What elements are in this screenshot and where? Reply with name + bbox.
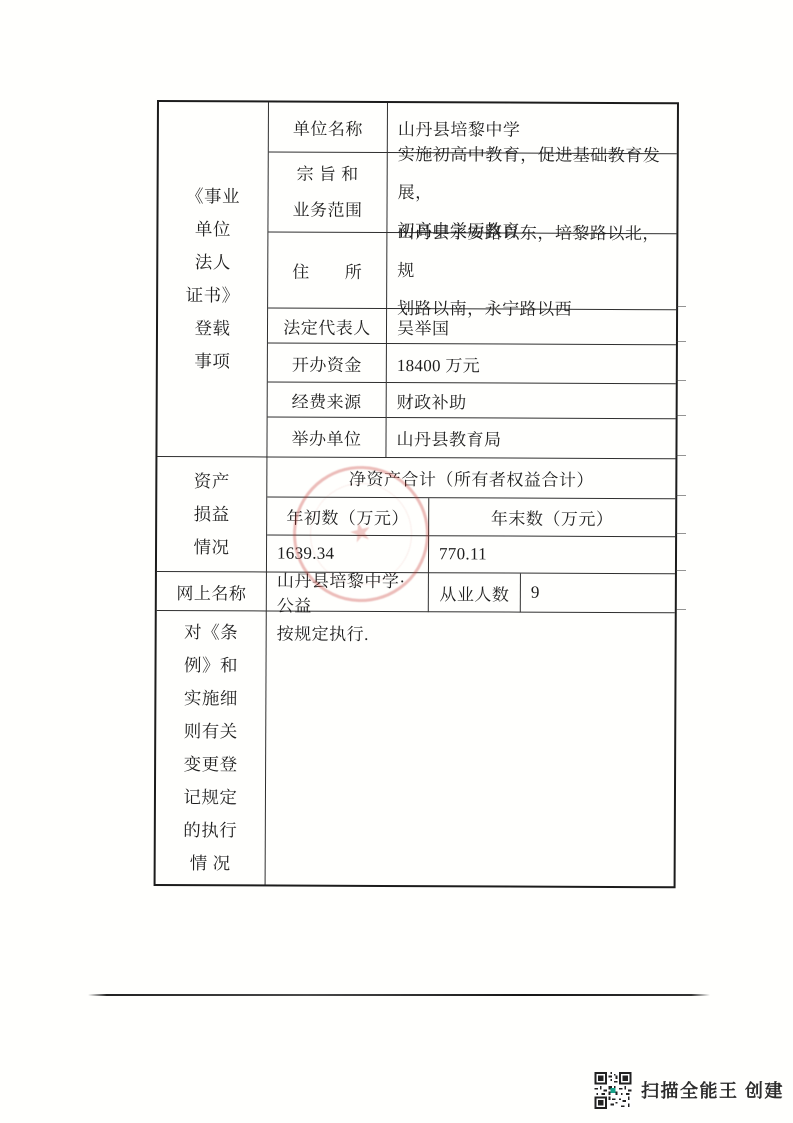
legal-representative-label: 法定代表人 [268, 308, 387, 344]
staff-count-value: 9 [521, 574, 675, 614]
net-assets-total-label: 净资产合计（所有者权益合计） [267, 457, 675, 499]
scanner-watermark-text: 扫描全能王 创建 [641, 1077, 784, 1103]
staff-count-label: 从业人数 [429, 573, 521, 612]
organizer-value: 山丹县教育局 [386, 418, 675, 459]
organizer-label: 举办单位 [267, 417, 386, 458]
year-end-value: 770.11 [429, 536, 675, 574]
online-name-label: 网上名称 [157, 572, 267, 611]
year-end-column-label: 年末数（万元） [429, 498, 675, 537]
address-label: 住 所 [268, 232, 387, 309]
scanned-document-page: 《事业 单位 法人 证书》 登载 事项 单位名称 山丹县培黎中学 宗 旨 和 业… [0, 0, 793, 1123]
year-begin-column-label: 年初数（万元） [267, 497, 429, 536]
registration-form-table: 《事业 单位 法人 证书》 登载 事项 单位名称 山丹县培黎中学 宗 旨 和 业… [154, 100, 679, 888]
online-name-value: 山丹县培黎中学·公益 [267, 572, 429, 612]
purpose-scope-label: 宗 旨 和 业务范围 [268, 152, 387, 233]
scanner-watermark: 扫描全能王 创建 [594, 1070, 784, 1110]
regulation-compliance-header: 对《条 例》和 实施细 则有关 变更登 记规定 的执行 情 况 [156, 611, 267, 884]
qr-code-icon [594, 1072, 632, 1109]
regulation-compliance-value: 按规定执行. [266, 611, 675, 886]
unit-name-label: 单位名称 [269, 102, 388, 153]
certificate-items-header: 《事业 单位 法人 证书》 登载 事项 [157, 102, 269, 457]
opening-funds-label: 开办资金 [268, 343, 387, 383]
asset-profit-loss-header: 资产 损益 情况 [157, 457, 268, 572]
funding-source-label: 经费来源 [268, 382, 387, 418]
legal-representative-value: 吴举国 [387, 309, 676, 345]
scan-artifact-line [88, 994, 710, 996]
opening-funds-value: 18400 万元 [387, 344, 676, 384]
address-value: 山丹县永安路以东，培黎路以北，规 划路以南，永宁路以西 [387, 233, 676, 310]
funding-source-value: 财政补助 [387, 383, 676, 419]
